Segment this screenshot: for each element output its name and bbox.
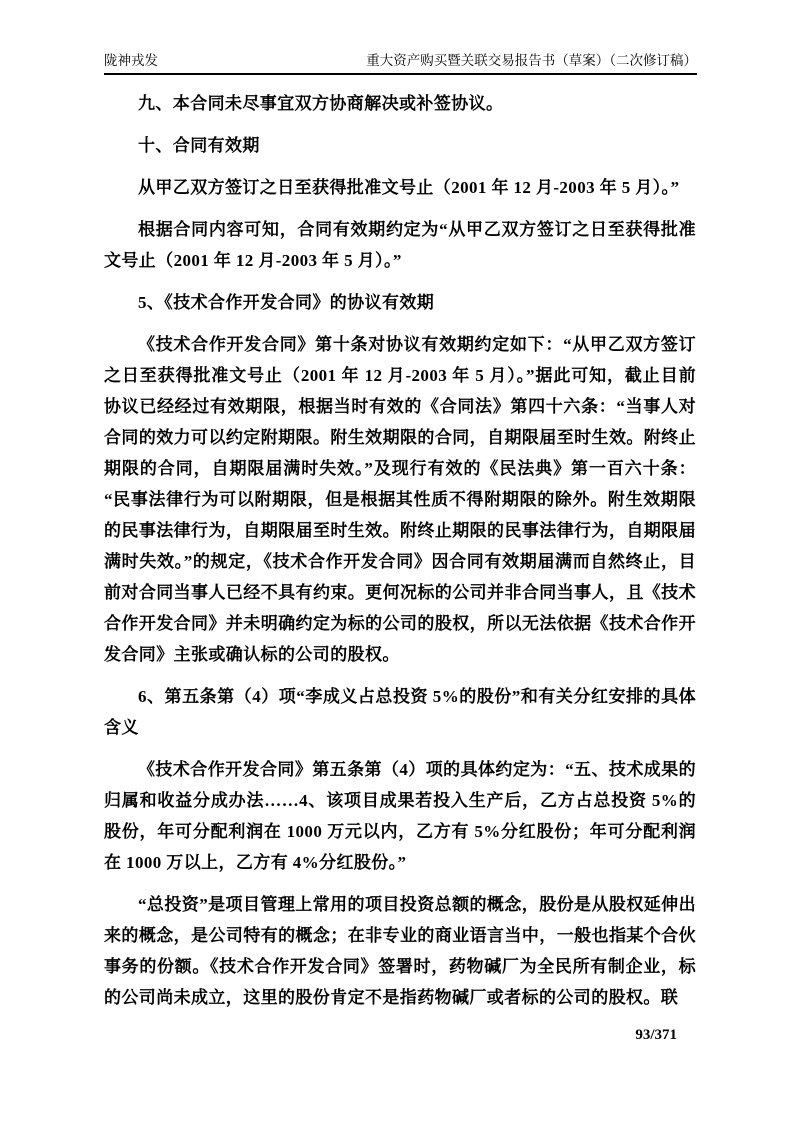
page-number: 93/371	[635, 1027, 677, 1043]
document-page: 陇神戎发 重大资产购买暨关联交易报告书（草案）（二次修订稿） 九、本合同未尽事宜…	[0, 0, 793, 1122]
clause-10-heading: 十、合同有效期	[104, 130, 696, 161]
page-header: 陇神戎发 重大资产购买暨关联交易报告书（草案）（二次修订稿）	[104, 50, 697, 71]
section-5-analysis-paragraph: 《技术合作开发合同》第十条对协议有效期约定如下：“从甲乙双方签订之日至获得批准文…	[104, 329, 696, 670]
section-6-quote-paragraph: 《技术合作开发合同》第五条第（4）项的具体约定为：“五、技术成果的归属和收益分成…	[104, 754, 696, 878]
validity-quote-paragraph: 从甲乙双方签订之日至获得批准文号止（2001 年 12 月-2003 年 5 月…	[104, 172, 696, 203]
clause-9-heading: 九、本合同未尽事宜双方协商解决或补签协议。	[104, 88, 696, 119]
section-6-analysis-paragraph: “总投资”是项目管理上常用的项目投资总额的概念，股份是从股权延伸出来的概念，是公…	[104, 889, 696, 1013]
validity-summary-paragraph: 根据合同内容可知，合同有效期约定为“从甲乙双方签订之日至获得批准文号止（2001…	[104, 214, 696, 276]
section-6-heading: 6、第五条第（4）项“李成义占总投资 5%的股份”和有关分红安排的具体含义	[104, 681, 696, 743]
section-5-heading: 5、《技术合作开发合同》的协议有效期	[104, 287, 696, 318]
header-report-title: 重大资产购买暨关联交易报告书（草案）（二次修订稿）	[366, 50, 697, 71]
header-company-name: 陇神戎发	[104, 50, 158, 71]
header-divider	[104, 73, 697, 75]
document-body: 九、本合同未尽事宜双方协商解决或补签协议。 十、合同有效期 从甲乙双方签订之日至…	[104, 88, 696, 1013]
